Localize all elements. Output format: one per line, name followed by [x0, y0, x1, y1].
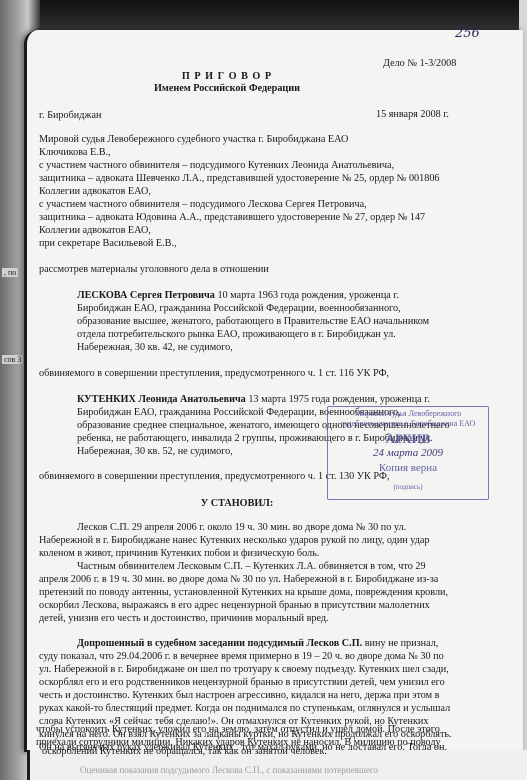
- stamp-handwritten-date: 24 марта 2009: [328, 447, 488, 459]
- paragraph-line: оскорбил Лескова, выражаясь в его адрес …: [39, 600, 430, 613]
- defendant-name: КУТЕНКИХ Леонида Анатольевича: [77, 394, 246, 405]
- considered-line: рассмотрев материалы уголовного дела в о…: [39, 264, 269, 277]
- paragraph-line: ул. Набережной в г. Биробиджане он шел п…: [39, 664, 449, 677]
- defendant-line: образование высшее, женатого, работающег…: [77, 316, 429, 329]
- document-title: П Р И Г О В О Р: [27, 71, 427, 84]
- paragraph-line: Допрошенный в судебном заседании подсуди…: [77, 638, 438, 651]
- paragraph-line: претензий по поводу антенны, установленн…: [39, 587, 448, 600]
- paragraph-line: Частным обвинителем Лесковым С.П. – Куте…: [77, 561, 426, 574]
- preamble-line: с участием частного обвинителя – подсуди…: [39, 199, 367, 212]
- stamp-line: судебного участка г. Биробиджана ЕАО: [328, 419, 488, 428]
- paragraph-line: детей, унизив его честь и достоинство, п…: [39, 613, 329, 626]
- paragraph-bold-lead: Допрошенный в судебном заседании подсуди…: [77, 638, 362, 649]
- preamble-line: защитника – адвоката Юдовина А.А., предс…: [39, 212, 425, 225]
- defendant-line: Набережная, 30 кв. 52, не судимого,: [77, 446, 233, 459]
- preamble-line: защитника – адвоката Шевченко Л.А., пред…: [39, 173, 440, 186]
- paragraph-line: суду показал, что 29.04.2006 г. в вечерн…: [39, 651, 444, 664]
- archive-stamp: Мировой судья Левобережного судебного уч…: [327, 406, 489, 500]
- paragraph-line: апреля 2006 г. в 19 ч. 30 мин. во дворе …: [39, 574, 438, 587]
- city: г. Биробиджан: [39, 110, 101, 123]
- faded-paragraph-line: Оценивая показания подсудимого Лескова С…: [80, 764, 378, 777]
- document-page: 256 Дело № 1-3/2008 П Р И Г О В О Р Имен…: [24, 30, 523, 752]
- paragraph-line: коленом в живот, причинив Кутенких побои…: [39, 548, 319, 561]
- defendant-text: 10 марта 1963 года рождения, уроженца г.: [215, 290, 399, 301]
- preamble-line: при секретаре Васильевой Е.В.,: [39, 238, 177, 251]
- defendant-line: Биробиджан ЕАО, гражданина Российской Фе…: [77, 303, 401, 316]
- preamble-line: Ключикова Е.В.,: [39, 147, 111, 160]
- document-subtitle: Именем Российской Федерации: [27, 83, 427, 96]
- defendant-line: Набережная, 30 кв. 42, не судимого,: [77, 342, 233, 355]
- paragraph-line: чтобы успокоить Кутенких, уложил его на …: [36, 724, 440, 737]
- defendant-line: КУТЕНКИХ Леонида Анатольевича 13 марта 1…: [77, 394, 430, 407]
- paragraph-line: Набережной в г. Биробиджане нанес Кутенк…: [39, 535, 430, 548]
- charge-line: обвиняемого в совершении преступления, п…: [39, 368, 389, 381]
- paragraph-text: вину не признал,: [362, 638, 438, 649]
- preamble-line: Коллегии адвокатов ЕАО,: [39, 186, 151, 199]
- document-date: 15 января 2008 г.: [376, 109, 449, 122]
- page-lower: оскорблений Кутенких не обращался, так к…: [27, 750, 527, 780]
- paragraph-line: оскорблений Кутенких не обращался, так к…: [42, 746, 327, 759]
- defendant-line: ЛЕСКОВА Сергея Петровича 10 марта 1963 г…: [77, 290, 399, 303]
- paragraph-line: Лесков С.П. 29 апреля 2006 г. около 19 ч…: [77, 522, 406, 535]
- case-number: Дело № 1-3/2008: [383, 58, 456, 71]
- stamp-certified: Копия верна: [328, 462, 488, 474]
- defendant-line: отдела потребительского рынка ЕАО, прожи…: [77, 329, 396, 342]
- preamble-line: Мировой судья Левобережного судебного уч…: [39, 134, 348, 147]
- defendant-name: ЛЕСКОВА Сергея Петровича: [77, 290, 215, 301]
- preamble-line: с участием частного обвинителя – подсуди…: [39, 160, 394, 173]
- stamp-signature-label: (подпись): [328, 483, 488, 491]
- page-lower-overlay: чтобы успокоить Кутенких, уложил его на …: [24, 676, 520, 752]
- defendant-text: 13 марта 1975 года рождения, уроженца г.: [246, 394, 430, 405]
- preamble-line: Коллегии адвокатов ЕАО,: [39, 225, 151, 238]
- stamp-archive: АРХИВ: [328, 431, 488, 447]
- handwritten-page-number: 256: [455, 26, 480, 41]
- stamp-line: Мировой судья Левобережного: [328, 409, 488, 418]
